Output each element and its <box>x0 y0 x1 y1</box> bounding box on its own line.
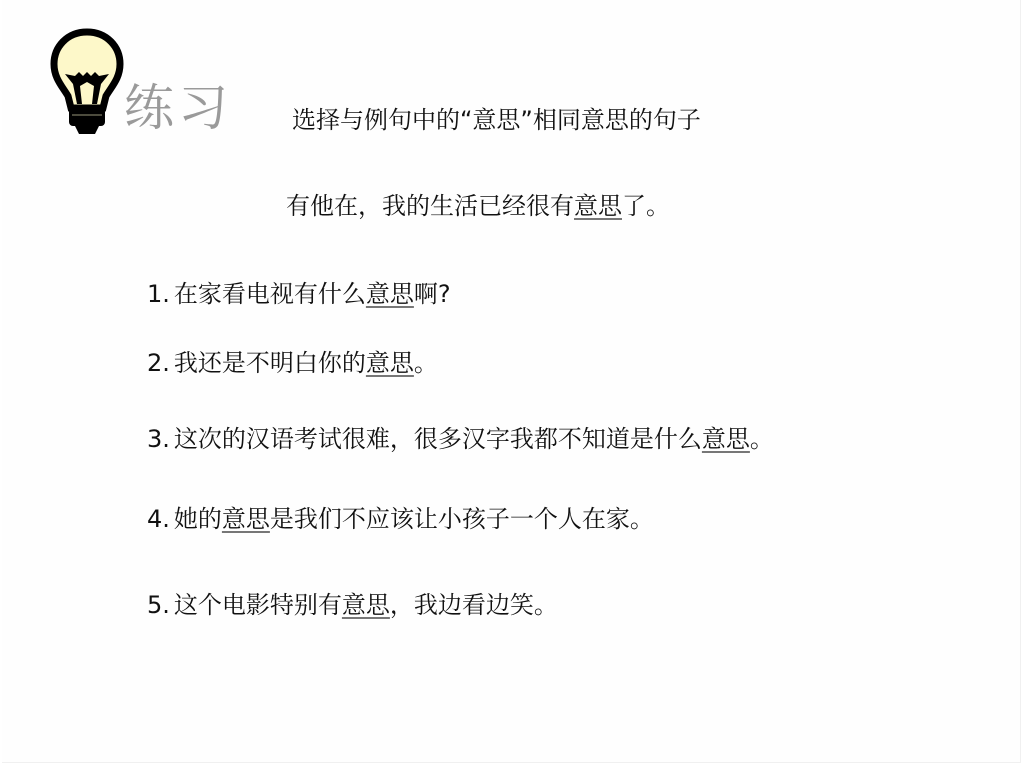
slide-title: 练习 <box>124 76 232 140</box>
example-highlight: 意思 <box>574 192 622 220</box>
option-text-before: 这次的汉语考试很难，很多汉字我都不知道是什么 <box>174 425 702 453</box>
option-text-after: 是我们不应该让小孩子一个人在家。 <box>270 505 654 533</box>
option-text-after: 。 <box>750 425 774 453</box>
option-item-2: 2.我还是不明白你的意思。 <box>147 347 438 379</box>
option-number: 5. <box>147 591 170 619</box>
option-item-4: 4.她的意思是我们不应该让小孩子一个人在家。 <box>147 503 654 535</box>
option-item-3: 3.这次的汉语考试很难，很多汉字我都不知道是什么意思。 <box>147 423 774 455</box>
option-highlight: 意思 <box>366 349 414 377</box>
example-before: 有他在，我的生活已经很有 <box>286 192 574 220</box>
option-number: 1. <box>147 280 170 308</box>
option-highlight: 意思 <box>222 505 270 533</box>
option-item-1: 1.在家看电视有什么意思啊? <box>147 278 451 310</box>
option-text-before: 这个电影特别有 <box>174 591 342 619</box>
slide: 练习 选择与例句中的“意思”相同意思的句子 有他在，我的生活已经很有意思了。 1… <box>2 0 1021 763</box>
instruction-text: 选择与例句中的“意思”相同意思的句子 <box>292 104 701 136</box>
option-number: 4. <box>147 505 170 533</box>
lightbulb-icon <box>49 28 125 138</box>
option-text-after: 啊? <box>414 280 451 308</box>
option-text-before: 我还是不明白你的 <box>174 349 366 377</box>
option-text-before: 在家看电视有什么 <box>174 280 366 308</box>
example-sentence: 有他在，我的生活已经很有意思了。 <box>286 190 670 222</box>
option-highlight: 意思 <box>366 280 414 308</box>
option-highlight: 意思 <box>702 425 750 453</box>
option-item-5: 5.这个电影特别有意思，我边看边笑。 <box>147 589 558 621</box>
option-text-after: 。 <box>414 349 438 377</box>
option-highlight: 意思 <box>342 591 390 619</box>
example-after: 了。 <box>622 192 670 220</box>
option-number: 3. <box>147 425 170 453</box>
option-number: 2. <box>147 349 170 377</box>
option-text-before: 她的 <box>174 505 222 533</box>
option-text-after: ，我边看边笑。 <box>390 591 558 619</box>
